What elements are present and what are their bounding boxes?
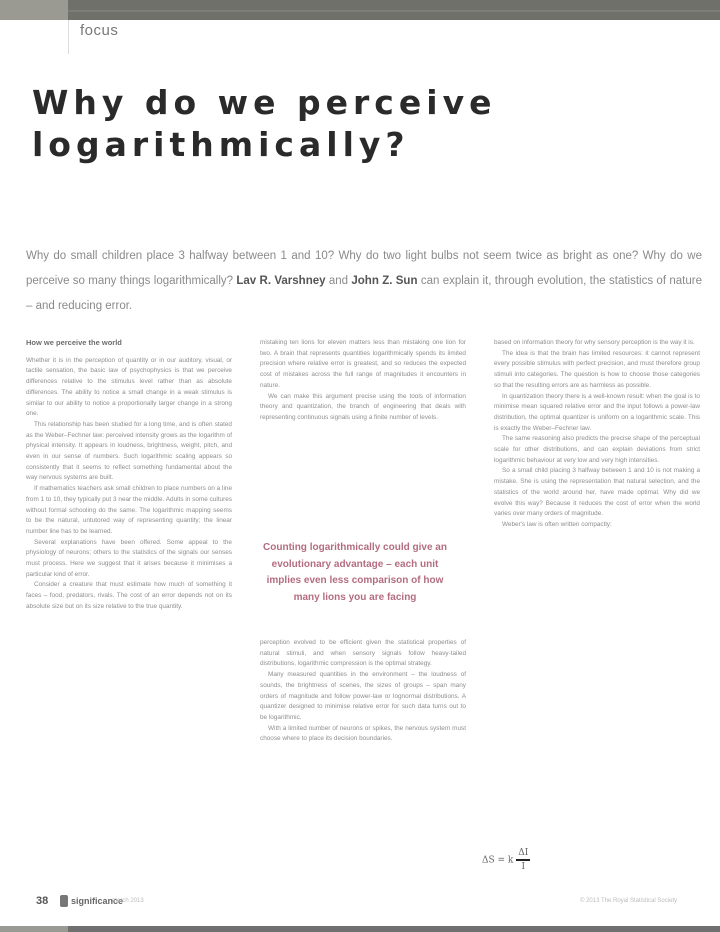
author-2: John Z. Sun [351, 275, 417, 287]
header-band [0, 0, 720, 20]
paragraph: Many measured quantities in the environm… [260, 670, 466, 724]
section-label: focus [80, 22, 118, 39]
title-line-1: Why do we perceive [32, 83, 496, 122]
equation-lhs: ΔS = k [482, 856, 513, 866]
logo-mark-icon [60, 895, 68, 907]
paragraph: In quantization theory there is a well-k… [494, 392, 700, 435]
author-1: Lav R. Varshney [236, 275, 325, 287]
standfirst: Why do small children place 3 halfway be… [26, 244, 702, 319]
paragraph: Consider a creature that must estimate h… [26, 580, 232, 612]
equation-numerator: ΔI [518, 848, 528, 858]
paragraph: So a small child placing 3 halfway betwe… [494, 466, 700, 520]
paragraph: The same reasoning also predicts the pre… [494, 434, 700, 466]
title-line-2: logarithmically? [32, 125, 410, 164]
section-divider [68, 20, 69, 54]
weber-equation: ΔS = k ΔI I [482, 848, 530, 872]
paragraph: We can make this argument precise using … [260, 392, 466, 424]
issue-date: march 2013 [112, 898, 144, 904]
standfirst-and: and [329, 275, 348, 287]
copyright: © 2013 The Royal Statistical Society [580, 898, 677, 904]
column-2-lower: perception evolved to be efficient given… [260, 638, 466, 745]
pull-quote: Counting logarithmically could give an e… [260, 540, 450, 606]
header-band-stripe [68, 10, 720, 12]
footer-band-left-block [0, 926, 68, 932]
page-footer: 38 significance march 2013 © 2013 The Ro… [0, 890, 720, 932]
footer-band [0, 926, 720, 932]
column-2-upper: mistaking ten lions for eleven matters l… [260, 338, 466, 498]
column-3: based on information theory for why sens… [494, 338, 700, 531]
paragraph: With a limited number of neurons or spik… [260, 724, 466, 745]
fraction-bar [516, 859, 530, 861]
paragraph: Whether it is in the perception of quant… [26, 356, 232, 420]
paragraph: This relationship has been studied for a… [26, 420, 232, 484]
paragraph: mistaking ten lions for eleven matters l… [260, 338, 466, 392]
section-heading: How we perceive the world [26, 338, 232, 349]
page-number: 38 [36, 895, 48, 907]
paragraph: Weber's law is often written compactly: [494, 520, 700, 531]
article-body: How we perceive the world Whether it is … [26, 338, 702, 878]
header-band-left-block [0, 0, 68, 20]
column-2: mistaking ten lions for eleven matters l… [260, 338, 466, 498]
article-title: Why do we perceive logarithmically? [32, 82, 552, 166]
paragraph: If mathematics teachers ask small childr… [26, 484, 232, 538]
column-1: How we perceive the world Whether it is … [26, 338, 232, 613]
paragraph: based on information theory for why sens… [494, 338, 700, 349]
paragraph: perception evolved to be efficient given… [260, 638, 466, 670]
paragraph: The idea is that the brain has limited r… [494, 349, 700, 392]
equation-fraction: ΔI I [516, 848, 530, 872]
paragraph: Several explanations have been offered. … [26, 538, 232, 581]
equation-denominator: I [521, 862, 525, 872]
